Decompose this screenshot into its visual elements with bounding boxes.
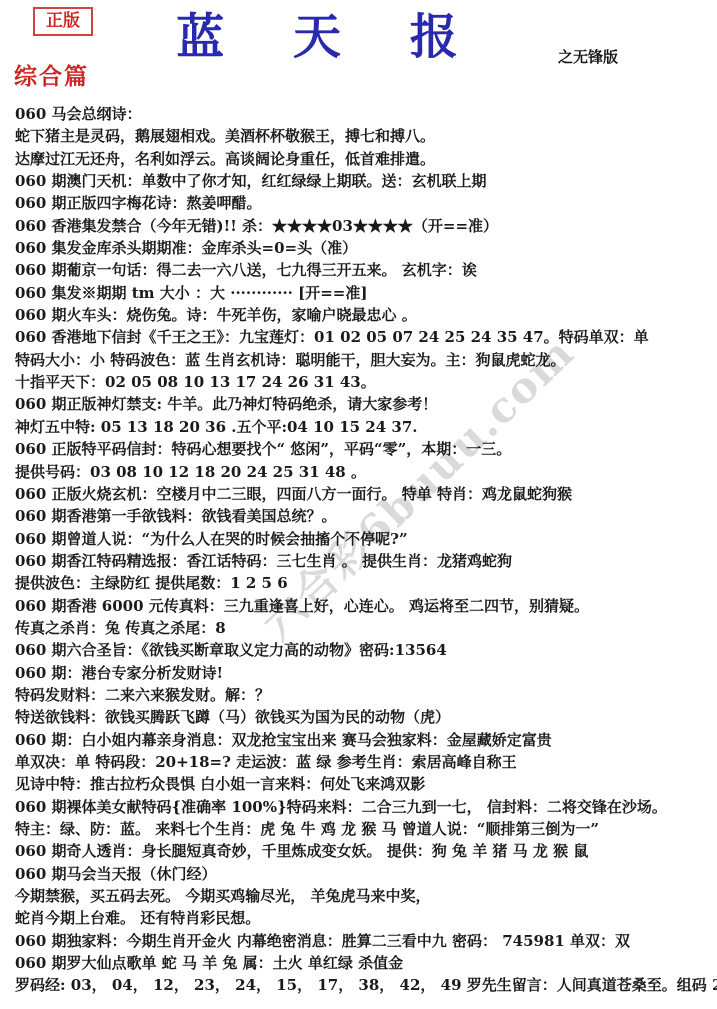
report-line: 提供波色：主绿防红 提供尾数：1 2 5 6	[15, 572, 715, 594]
report-line: 060 期香江特码精选报：香江话特码：三七生肖 。 提供生肖：龙猪鸡蛇狗	[15, 550, 715, 572]
report-line: 060 期：白小姐内幕亲身消息：双龙抢宝宝出来 赛马会独家料：金屋藏娇定富贵	[15, 729, 715, 751]
report-line: 特送欲钱料：欲钱买腾跃飞蹲（马）欲钱买为国为民的动物（虎）	[15, 706, 715, 728]
report-line: 060 期香港第一手欲钱料：欲钱看美国总统？。	[15, 505, 715, 527]
report-line: 传真之杀肖：兔 传真之杀尾：8	[15, 617, 715, 639]
report-line: 060 正版特平码信封：特码心想要找个“ 悠闲”，平码“零”，本期：一三。	[15, 438, 715, 460]
report-line: 提供号码：03 08 10 12 18 20 24 25 31 48 。	[15, 461, 715, 483]
report-line: 060 期独家料：今期生肖开金火 内幕绝密消息：胜算二三看中九 密码： 7459…	[15, 930, 715, 952]
report-line: 特码大小：小 特码波色：蓝 生肖玄机诗：聪明能干，胆大妄为。主：狗鼠虎蛇龙。	[15, 349, 715, 371]
report-line: 060 期正版神灯禁支: 牛羊。此乃神灯特码绝杀，请大家参考！	[15, 393, 715, 415]
report-line: 特主：绿、防：蓝。 来料七个生肖：虎 兔 牛 鸡 龙 猴 马 曾道人说：“顺排第…	[15, 818, 715, 840]
report-line: 060 马会总纲诗：	[15, 103, 715, 125]
report-line: 060 期澳门天机：单数中了你才知，红红绿绿上期联。送：玄机联上期	[15, 170, 715, 192]
report-line: 见诗中特：推古拉朽众畏惧 白小姐一言来料：何处飞来鸿双影	[15, 773, 715, 795]
report-lines: 060 马会总纲诗：蛇下猪主是灵码，鹅展翅相戏。美酒杯杯敬猴王，搏七和搏八。达摩…	[15, 103, 715, 997]
report-line: 060 期马会当天报（休门经）	[15, 863, 715, 885]
report-line: 十指平天下：02 05 08 10 13 17 24 26 31 43。	[15, 371, 715, 393]
report-line: 蛇下猪主是灵码，鹅展翅相戏。美酒杯杯敬猴王，搏七和搏八。	[15, 125, 715, 147]
report-line: 060 期葡京一句话：得二去一六八送，七九得三开五来。 玄机字：诶	[15, 259, 715, 281]
report-line: 神灯五中特: 05 13 18 20 36 .五个平:04 10 15 24 3…	[15, 416, 715, 438]
report-line: 060 集发※期期 tm 大小 ：大 ············ [开==准]	[15, 282, 715, 304]
report-line: 060 期六合圣旨：《欲钱买断章取义定力高的动物》密码:13564	[15, 639, 715, 661]
report-line: 060 期：港台专家分析发财诗!	[15, 662, 715, 684]
report-line: 060 集发金库杀头期期准：金库杀头=0=头（准）	[15, 237, 715, 259]
report-line: 单双决：单 特码段：20+18=? 走运波：蓝 绿 参考生肖：索居高峰自称王	[15, 751, 715, 773]
report-line: 060 期裸体美女献特码{准确率 100%}特码来料：二合三九到一七， 信封料：…	[15, 796, 715, 818]
report-line: 今期禁猴，买五码去死。 今期买鸡输尽光， 羊兔虎马来中奖，	[15, 885, 715, 907]
report-line: 060 期火车头：烧伤兔。诗：牛死羊伤，家喻户晓最忠心 。	[15, 304, 715, 326]
report-line: 060 期正版四字梅花诗：熬姜呷醋。	[15, 192, 715, 214]
lottery-report-page: 六合彩6buuu.com 正版 蓝 天 报 之无锋版 综合篇 060 马会总纲诗…	[0, 0, 717, 1009]
edition-label: 之无锋版	[558, 46, 618, 67]
report-line: 060 正版火烧玄机：空楼月中二三眼，四面八方一面行。 特单 特肖：鸡龙鼠蛇狗猴	[15, 483, 715, 505]
report-line: 060 香港集发禁合（今年无错)!! 杀：★★★★03★★★★（开==准）	[15, 215, 715, 237]
section-title: 综合篇	[14, 58, 89, 91]
report-line: 达摩过江无还舟，名利如浮云。高谈阔论身重任，低首难排遣。	[15, 148, 715, 170]
report-line: 060 期曾道人说：“为什么人在哭的时候会抽搐个不停呢?”	[15, 528, 715, 550]
report-line: 特码发财料：二来六来猴发财。解：？	[15, 684, 715, 706]
report-line: 060 期香港 6000 元传真料：三九重逢喜上好，心连心。 鸡运将至二四节，别…	[15, 595, 715, 617]
report-line: 060 期罗大仙点歌单 蛇 马 羊 兔 属：土火 单红绿 杀值金	[15, 952, 715, 974]
report-line: 060 香港地下信封《千王之王》：九宝莲灯：01 02 05 07 24 25 …	[15, 326, 715, 348]
report-line: 罗码经: 03， 04， 12， 23， 24， 15， 17， 38， 42，…	[15, 974, 715, 996]
report-line: 蛇肖今期上台难。 还有特肖彩民想。	[15, 907, 715, 929]
report-line: 060 期奇人透肖：身长腿短真奇妙，千里炼成变女妖。 提供：狗 兔 羊 猪 马 …	[15, 840, 715, 862]
